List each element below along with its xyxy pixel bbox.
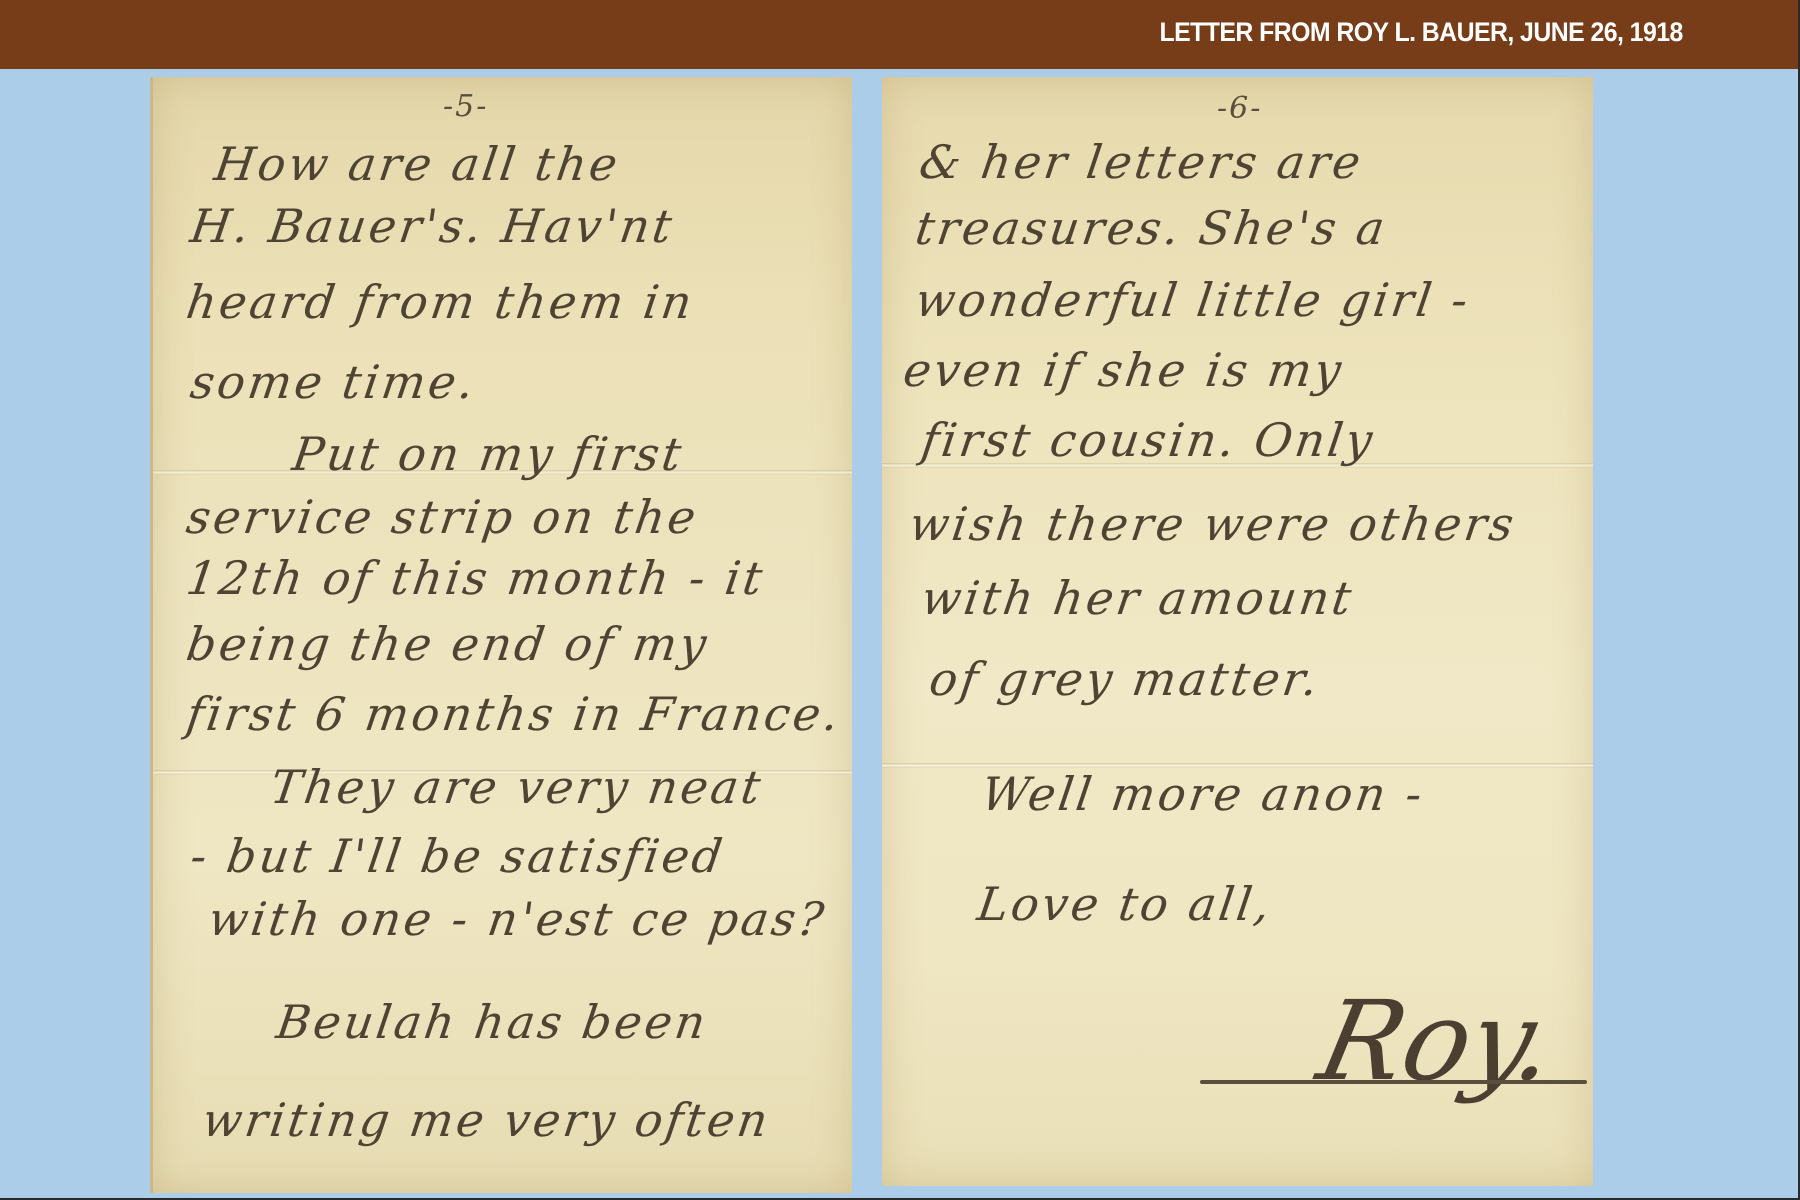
signature: Roy.: [1308, 977, 1567, 1105]
handwritten-line: some time.: [187, 355, 480, 409]
handwritten-line: first 6 months in France.: [183, 687, 845, 741]
handwritten-line: They are very neat: [267, 760, 767, 814]
handwritten-line: wish there were others: [906, 497, 1520, 551]
handwritten-line: 12th of this month - it: [183, 551, 768, 605]
handwritten-line: even if she is my: [900, 343, 1347, 397]
handwritten-line: of grey matter.: [926, 652, 1324, 706]
handwritten-line: writing me very often: [199, 1093, 774, 1147]
title-banner: LETTER FROM ROY L. BAUER, JUNE 26, 1918: [0, 0, 1800, 69]
letter-page-6: -6- & her letters are treasures. She's a…: [882, 77, 1593, 1186]
handwritten-line: - but I'll be satisfied: [187, 829, 728, 883]
letter-page-5: -5- How are all the H. Bauer's. Hav'nt h…: [150, 77, 852, 1193]
handwritten-line: heard from them in: [183, 275, 698, 329]
handwritten-line: Well more anon -: [978, 767, 1428, 821]
handwritten-line: Put on my first: [289, 427, 687, 481]
handwritten-line: service strip on the: [183, 490, 702, 544]
handwritten-line: with one - n'est ce pas?: [205, 892, 830, 946]
handwritten-line: Love to all,: [974, 877, 1276, 931]
signature-flourish: [1200, 1080, 1587, 1084]
handwritten-line: first cousin. Only: [918, 413, 1378, 467]
handwritten-line: with her amount: [918, 571, 1357, 625]
letter-title: LETTER FROM ROY L. BAUER, JUNE 26, 1918: [1160, 17, 1683, 48]
handwritten-line: wonderful little girl -: [912, 273, 1474, 327]
page-number: -6-: [1217, 91, 1262, 126]
handwritten-line: being the end of my: [183, 617, 712, 671]
handwritten-line: & her letters are: [916, 135, 1367, 189]
handwritten-line: treasures. She's a: [912, 201, 1391, 255]
handwritten-line: Beulah has been: [273, 995, 711, 1049]
page-number: -5-: [443, 89, 488, 124]
handwritten-line: How are all the: [211, 137, 623, 191]
handwritten-line: H. Bauer's. Hav'nt: [187, 199, 678, 253]
